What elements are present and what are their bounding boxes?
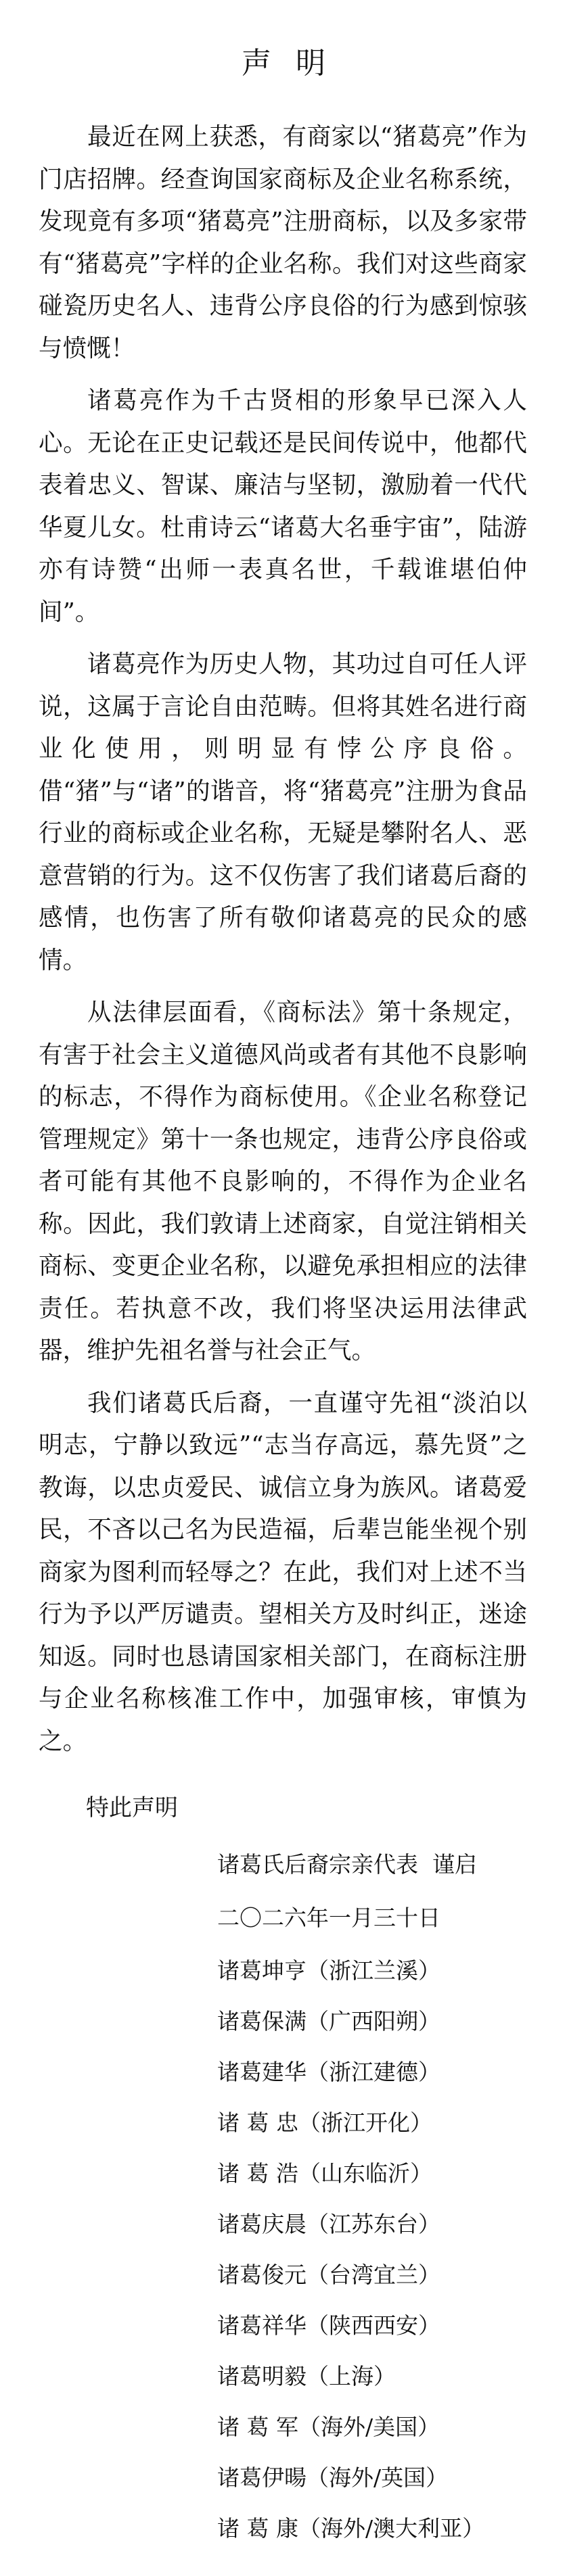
signatory-row: 诸葛保满（广西阳朔） (217, 2007, 484, 2057)
paragraph: 我们诸葛氏后裔，一直谨守先祖“淡泊以明志，宁静以致远”“志当存高远，慕先贤”之教… (39, 1383, 527, 1763)
closing-line: 特此声明 (86, 1792, 178, 1824)
signatory-name: 诸葛伊暘 (217, 2464, 307, 2491)
signatory-origin: （海外/英国） (307, 2464, 448, 2491)
signatory-name: 诸 葛 军 (217, 2414, 298, 2440)
signatory-name: 诸葛明毅 (217, 2363, 307, 2389)
signatory-name: 诸葛俊元 (217, 2262, 307, 2288)
signatory-row: 诸葛坤亨（浙江兰溪） (217, 1956, 484, 2007)
signatory-name: 诸 葛 康 (217, 2515, 298, 2542)
signatory-origin: （山东临沂） (298, 2160, 432, 2187)
signatory-name: 诸葛坤亨 (217, 1957, 307, 1984)
paragraph: 诸葛亮作为千古贤相的形象早已深入人心。无论在正史记载还是民间传说中，他都代表着忠… (39, 380, 527, 634)
signatory-name: 诸葛建华 (217, 2059, 307, 2085)
signatory-name: 诸 葛 忠 (217, 2109, 298, 2136)
paragraph: 诸葛亮作为历史人物，其功过自可任人评说，这属于言论自由范畴。但将其姓名进行商业化… (39, 644, 527, 982)
signatory-name: 诸葛保满 (217, 2008, 307, 2034)
paragraph: 最近在网上获悉，有商家以“猪葛亮”作为门店招牌。经查询国家商标及企业名称系统，发… (39, 116, 527, 370)
signatory-row: 诸 葛 浩（山东临沂） (217, 2159, 484, 2210)
signatory-origin: （江苏东台） (307, 2211, 440, 2237)
date-line: 二〇二六年一月三十日 (217, 1903, 440, 1933)
signatory-origin: （陕西西安） (307, 2312, 440, 2339)
signatory-name: 诸葛祥华 (217, 2312, 307, 2339)
signatory-row: 诸 葛 康（海外/澳大利亚） (217, 2514, 484, 2565)
signatory-row: 诸 葛 军（海外/美国） (217, 2412, 484, 2463)
signatory-row: 诸葛伊暘（海外/英国） (217, 2463, 484, 2514)
paragraph: 从法律层面看，《商标法》第十条规定，有害于社会主义道德风尚或者有其他不良影响的标… (39, 992, 527, 1373)
signatory-origin: （台湾宜兰） (307, 2262, 440, 2288)
signatory-row: 诸葛祥华（陕西西安） (217, 2311, 484, 2362)
signatory-row: 诸葛建华（浙江建德） (217, 2057, 484, 2108)
signatory-row: 诸葛俊元（台湾宜兰） (217, 2260, 484, 2311)
title-char: 明 (296, 45, 325, 82)
signatory-row: 诸 葛 忠（浙江开化） (217, 2108, 484, 2159)
title-char: 声 (242, 45, 271, 82)
signatory-row: 诸葛庆晨（江苏东台） (217, 2210, 484, 2260)
signatory-origin: （上海） (307, 2363, 396, 2389)
signatory-name: 诸 葛 浩 (217, 2160, 298, 2187)
statement-body: 最近在网上获悉，有商家以“猪葛亮”作为门店招牌。经查询国家商标及企业名称系统，发… (39, 116, 527, 1773)
signer-line: 诸葛氏后裔宗亲代表 谨启 (217, 1850, 477, 1880)
signatory-origin: （海外/美国） (298, 2414, 440, 2440)
signatory-row: 诸葛明毅（上海） (217, 2362, 484, 2412)
signatory-origin: （浙江兰溪） (307, 1957, 440, 1984)
signatory-origin: （浙江开化） (298, 2109, 432, 2136)
signatory-list: 诸葛坤亨（浙江兰溪） 诸葛保满（广西阳朔） 诸葛建华（浙江建德） 诸 葛 忠（浙… (217, 1956, 484, 2565)
page-title: 声明 (0, 45, 567, 82)
signatory-origin: （海外/澳大利亚） (298, 2515, 484, 2542)
signatory-origin: （浙江建德） (307, 2059, 440, 2085)
signatory-name: 诸葛庆晨 (217, 2211, 307, 2237)
signatory-origin: （广西阳朔） (307, 2008, 440, 2034)
